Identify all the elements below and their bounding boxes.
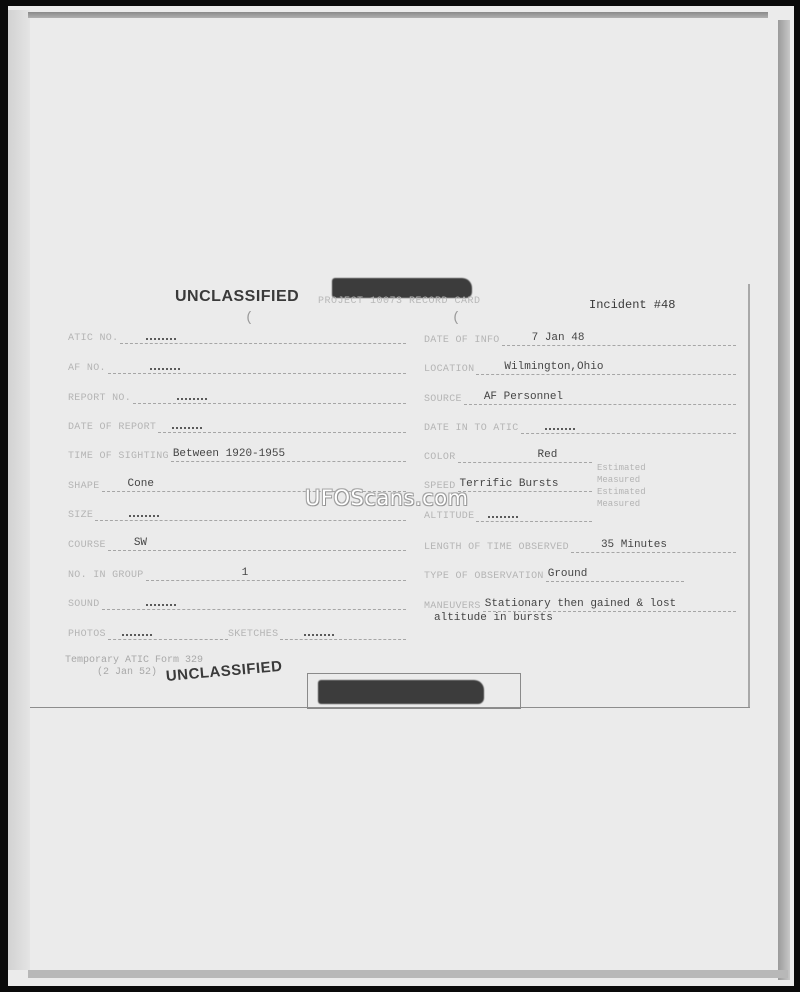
speed-altitude-qualifiers: Estimated Measured Estimated Measured (597, 462, 646, 510)
field-maneuvers: MANEUVERS Stationary then gained & lost (424, 596, 736, 612)
paren-mark: ( (245, 310, 253, 326)
card-title: PROJECT 10073 RECORD CARD (318, 296, 481, 307)
field-af-no: AF NO. (68, 358, 406, 374)
classification-stamp-top: UNCLASSIFIED (175, 288, 299, 306)
field-value (304, 633, 334, 636)
field-value (150, 367, 180, 370)
card-border-right (748, 284, 750, 708)
scan-edge-left (8, 10, 30, 970)
redaction-top (332, 278, 472, 298)
field-date-of-report: DATE OF REPORT (68, 417, 406, 433)
field-value (172, 426, 202, 429)
field-value (122, 633, 152, 636)
field-color: COLOR Red (424, 447, 592, 463)
field-value (488, 515, 518, 518)
field-date-of-info: DATE OF INFO 7 Jan 48 (424, 330, 736, 346)
scan-edge-right (778, 20, 790, 980)
field-length-of-time-observed: LENGTH OF TIME OBSERVED 35 Minutes (424, 537, 736, 553)
field-source: SOURCE AF Personnel (424, 389, 736, 405)
maneuvers-continued: altitude in bursts (434, 612, 553, 624)
redaction-bottom (318, 680, 484, 704)
field-date-in-to-atic: DATE IN TO ATIC (424, 418, 736, 434)
watermark: UFOScans.com (305, 486, 469, 510)
field-value (146, 603, 176, 606)
field-value (545, 427, 575, 430)
field-course: COURSE SW (68, 535, 406, 551)
field-time-of-sighting: TIME OF SIGHTING Between 1920-1955 (68, 446, 406, 462)
field-value (177, 397, 207, 400)
field-sound: SOUND (68, 594, 406, 610)
incident-number: Incident #48 (589, 298, 675, 312)
scan-edge-bottom (28, 970, 788, 978)
field-report-no: REPORT NO. (68, 388, 406, 404)
field-atic-no: ATIC NO. (68, 328, 406, 344)
paren-mark: ( (452, 310, 460, 326)
scan-edge-top (28, 12, 768, 18)
field-value (146, 337, 176, 340)
field-photos: PHOTOS (68, 624, 228, 640)
field-type-of-observation: TYPE OF OBSERVATION Ground (424, 566, 684, 582)
field-location: LOCATION Wilmington,Ohio (424, 359, 736, 375)
field-value (129, 514, 159, 517)
field-sketches: SKETCHES (228, 624, 406, 640)
field-no-in-group: NO. IN GROUP 1 (68, 565, 406, 581)
